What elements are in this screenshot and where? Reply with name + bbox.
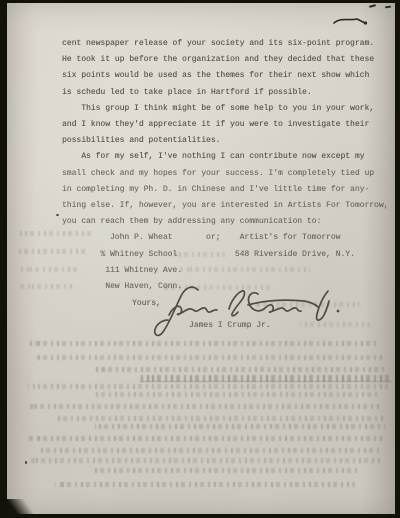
letter-line: you can reach them by addressing any com… bbox=[62, 214, 392, 230]
letter-line: and I know they'd appreciate it if you w… bbox=[62, 117, 392, 133]
letter-line: This group I think might be of some help… bbox=[62, 101, 392, 117]
stray-ink-speck bbox=[25, 461, 27, 464]
bleedthrough-line bbox=[28, 436, 384, 441]
letter-line: thing else. If, however, you are interes… bbox=[62, 198, 392, 214]
letter-line: possibilities and potentialities. bbox=[62, 133, 392, 149]
bleedthrough-line bbox=[30, 341, 380, 346]
bleedthrough-line bbox=[55, 482, 355, 487]
bleedthrough-line bbox=[140, 375, 392, 382]
handwritten-signature bbox=[152, 281, 352, 339]
bleedthrough-line bbox=[95, 468, 357, 473]
letter-line: He took it up before the organization an… bbox=[62, 52, 392, 68]
bleedthrough-line bbox=[38, 448, 380, 453]
page-corner-fold bbox=[7, 499, 41, 514]
letter-line: in completing my Ph. D. in Chinese and I… bbox=[62, 182, 392, 198]
typed-signature-name: James I Crump Jr. bbox=[189, 321, 271, 330]
letter-line: small check and my hopes for your succes… bbox=[62, 166, 392, 182]
bleedthrough-line bbox=[95, 392, 380, 397]
letter-body: cent newspaper release of your society a… bbox=[62, 36, 392, 295]
letter-line: six points would be used as the themes f… bbox=[62, 68, 392, 84]
letter-line: 111 Whitney Ave. bbox=[62, 263, 392, 279]
letter-line: As for my self, I've nothing I can contr… bbox=[62, 149, 392, 165]
scanned-letter-page: cent newspaper release of your society a… bbox=[0, 0, 400, 518]
bleedthrough-line bbox=[95, 367, 387, 372]
letter-line: % Whitney School 548 Riverside Drive, N.… bbox=[62, 247, 392, 263]
bleedthrough-line bbox=[28, 384, 388, 389]
letter-line: is schedu led to take place in Hartford … bbox=[62, 85, 392, 101]
bleedthrough-line bbox=[36, 355, 384, 360]
bleedthrough-line bbox=[28, 404, 380, 409]
letter-line: cent newspaper release of your society a… bbox=[62, 36, 392, 52]
bleedthrough-line bbox=[58, 416, 383, 421]
bleedthrough-line bbox=[95, 424, 385, 429]
stray-ink-dot bbox=[56, 214, 59, 216]
bleedthrough-line bbox=[28, 458, 380, 463]
letter-line: John P. Wheat or; Artist's for Tomorrow bbox=[62, 230, 392, 246]
pencil-squiggle-mark bbox=[333, 14, 369, 28]
